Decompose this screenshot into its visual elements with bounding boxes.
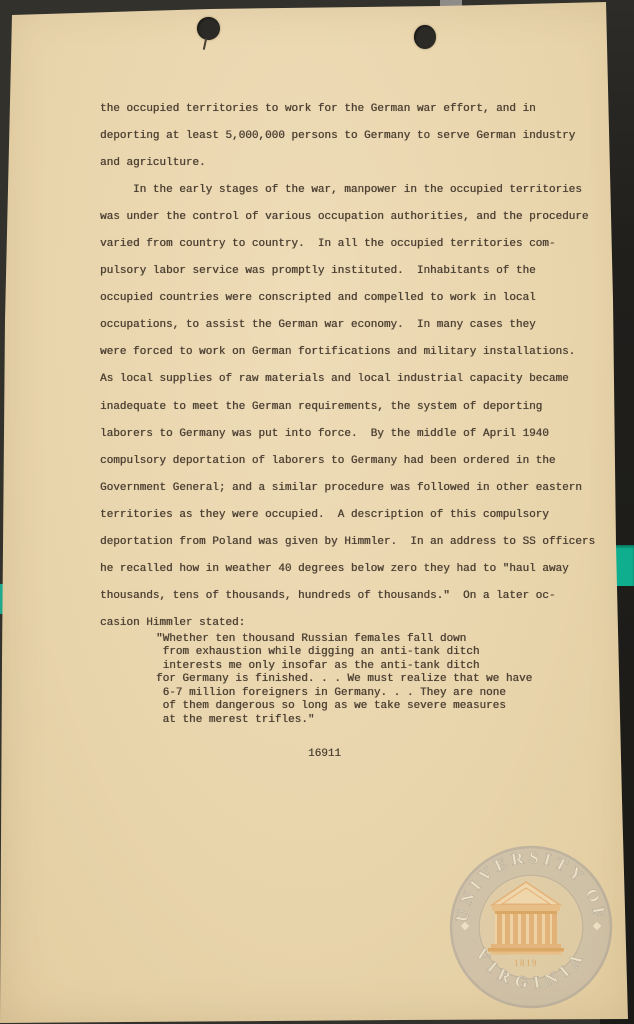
text-line: deportation from Poland was given by Him… [100,529,620,556]
text-line: occupations, to assist the German war ec… [100,312,620,339]
text-line: thousands, tens of thousands, hundreds o… [100,583,620,610]
text-line: varied from country to country. In all t… [100,231,620,258]
text-line: territories as they were occupied. A des… [100,502,620,529]
university-seal-watermark: UNIVERSITY OF VIRGINIA [446,842,616,1012]
text-line: inadequate to meet the German requiremen… [100,394,620,421]
scan-background: the occupied territories to work for the… [0,0,634,1024]
text-line: were forced to work on German fortificat… [100,339,620,366]
text-line: from exhaustion while digging an anti-ta… [156,646,576,659]
text-line: "Whether ten thousand Russian females fa… [156,633,576,646]
text-line: occupied countries were conscripted and … [100,285,620,312]
text-line: As local supplies of raw materials and l… [100,366,620,393]
text-line: of them dangerous so long as we take sev… [156,700,576,713]
text-line: interests me only insofar as the anti-ta… [156,660,576,673]
block-quote: "Whether ten thousand Russian females fa… [156,633,576,727]
text-line: and agriculture. [100,150,620,177]
punch-hole-left [197,17,220,40]
text-line: 6-7 million foreigners in Germany. . . T… [156,687,576,700]
page-number: 16911 [308,748,341,760]
document-page: the occupied territories to work for the… [0,0,634,1024]
text-line: Government General; and a similar proced… [100,475,620,502]
punch-hole-tear [203,38,207,50]
text-line: for Germany is finished. . . We must rea… [156,673,576,686]
document-body: the occupied territories to work for the… [100,96,620,637]
seal-year: 1819 [514,958,538,968]
text-line: he recalled how in weather 40 degrees be… [100,556,620,583]
text-line: deporting at least 5,000,000 persons to … [100,123,620,150]
text-line: was under the control of various occupat… [100,204,620,231]
text-line: laborers to Germany was put into force. … [100,421,620,448]
text-line: In the early stages of the war, manpower… [100,177,620,204]
text-line: at the merest trifles." [156,714,576,727]
text-line: pulsory labor service was promptly insti… [100,258,620,285]
punch-hole-right [414,25,436,49]
text-line: compulsory deportation of laborers to Ge… [100,448,620,475]
text-line: the occupied territories to work for the… [100,96,620,123]
